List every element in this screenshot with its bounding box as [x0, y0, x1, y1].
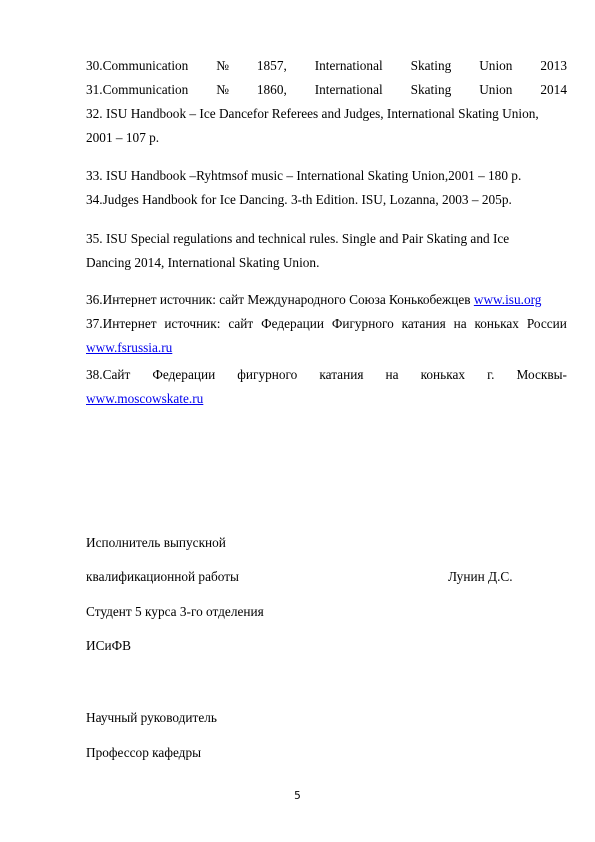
signature-institute-line: ИСиФВ [86, 638, 567, 654]
reference-35-line2: Dancing 2014, International Skating Unio… [86, 255, 567, 271]
ref-word: 31.Communication [86, 82, 188, 98]
ref-word: International [315, 58, 383, 74]
ref-word: Москвы- [517, 367, 567, 383]
reference-38-line1: 38.Сайт Федерации фигурного катания на к… [86, 367, 567, 383]
ref-word: 2014 [540, 82, 567, 98]
ref-word: катания [402, 316, 446, 332]
signature-performer-line2: квалификационной работы Лунин Д.С. [86, 569, 567, 585]
ref-word: 1857, [257, 58, 287, 74]
reference-38-line2: www.moscowskate.ru [86, 391, 567, 407]
ref-word: на [454, 316, 467, 332]
ref-word: Фигурного [332, 316, 394, 332]
signature-supervisor-line: Научный руководитель [86, 710, 567, 726]
ref-word: Федерации [152, 367, 215, 383]
signature-work-label: квалификационной работы [86, 569, 239, 584]
ref-word: на [386, 367, 399, 383]
isu-link[interactable]: www.isu.org [474, 292, 542, 307]
reference-37-line1: 37.Интернет источник: сайт Федерации Фиг… [86, 316, 567, 332]
reference-37-line2: www.fsrussia.ru [86, 340, 567, 356]
ref-word: России [527, 316, 567, 332]
ref-word: коньках [475, 316, 519, 332]
ref-word: 37.Интернет [86, 316, 157, 332]
reference-32-line2: 2001 – 107 p. [86, 130, 567, 146]
reference-36-text: 36.Интернет источник: сайт Международног… [86, 292, 474, 307]
reference-30: 30.Communication № 1857, International S… [86, 58, 567, 74]
signature-performer-line1: Исполнитель выпускной [86, 535, 567, 551]
signature-author-name: Лунин Д.С. [448, 569, 513, 585]
signature-professor-line: Профессор кафедры [86, 745, 567, 761]
ref-word: Skating [411, 58, 452, 74]
reference-35-line1: 35. ISU Special regulations and technica… [86, 231, 567, 247]
page-number: 5 [0, 790, 595, 802]
ref-word: коньках [421, 367, 465, 383]
ref-word: г. [487, 367, 494, 383]
reference-34: 34.Judges Handbook for Ice Dancing. 3-th… [86, 192, 567, 208]
ref-word: источник: [164, 316, 220, 332]
reference-32-line1: 32. ISU Handbook – Ice Dancefor Referees… [86, 106, 567, 122]
moscowskate-link[interactable]: www.moscowskate.ru [86, 391, 203, 406]
ref-word: International [315, 82, 383, 98]
ref-word: сайт [228, 316, 253, 332]
ref-word: катания [319, 367, 363, 383]
reference-36: 36.Интернет источник: сайт Международног… [86, 292, 567, 308]
ref-word: Федерации [261, 316, 324, 332]
ref-word: Union [479, 82, 512, 98]
ref-word: 38.Сайт [86, 367, 130, 383]
fsrussia-link[interactable]: www.fsrussia.ru [86, 340, 172, 355]
ref-word: 2013 [540, 58, 567, 74]
ref-word: фигурного [237, 367, 297, 383]
reference-33: 33. ISU Handbook –Ryhtmsof music – Inter… [86, 168, 567, 184]
reference-31: 31.Communication № 1860, International S… [86, 82, 567, 98]
ref-word: 1860, [257, 82, 287, 98]
ref-word: № [216, 58, 229, 74]
ref-word: № [216, 82, 229, 98]
signature-student-line: Студент 5 курса 3-го отделения [86, 604, 567, 620]
ref-word: Union [479, 58, 512, 74]
ref-word: Skating [411, 82, 452, 98]
ref-word: 30.Communication [86, 58, 188, 74]
